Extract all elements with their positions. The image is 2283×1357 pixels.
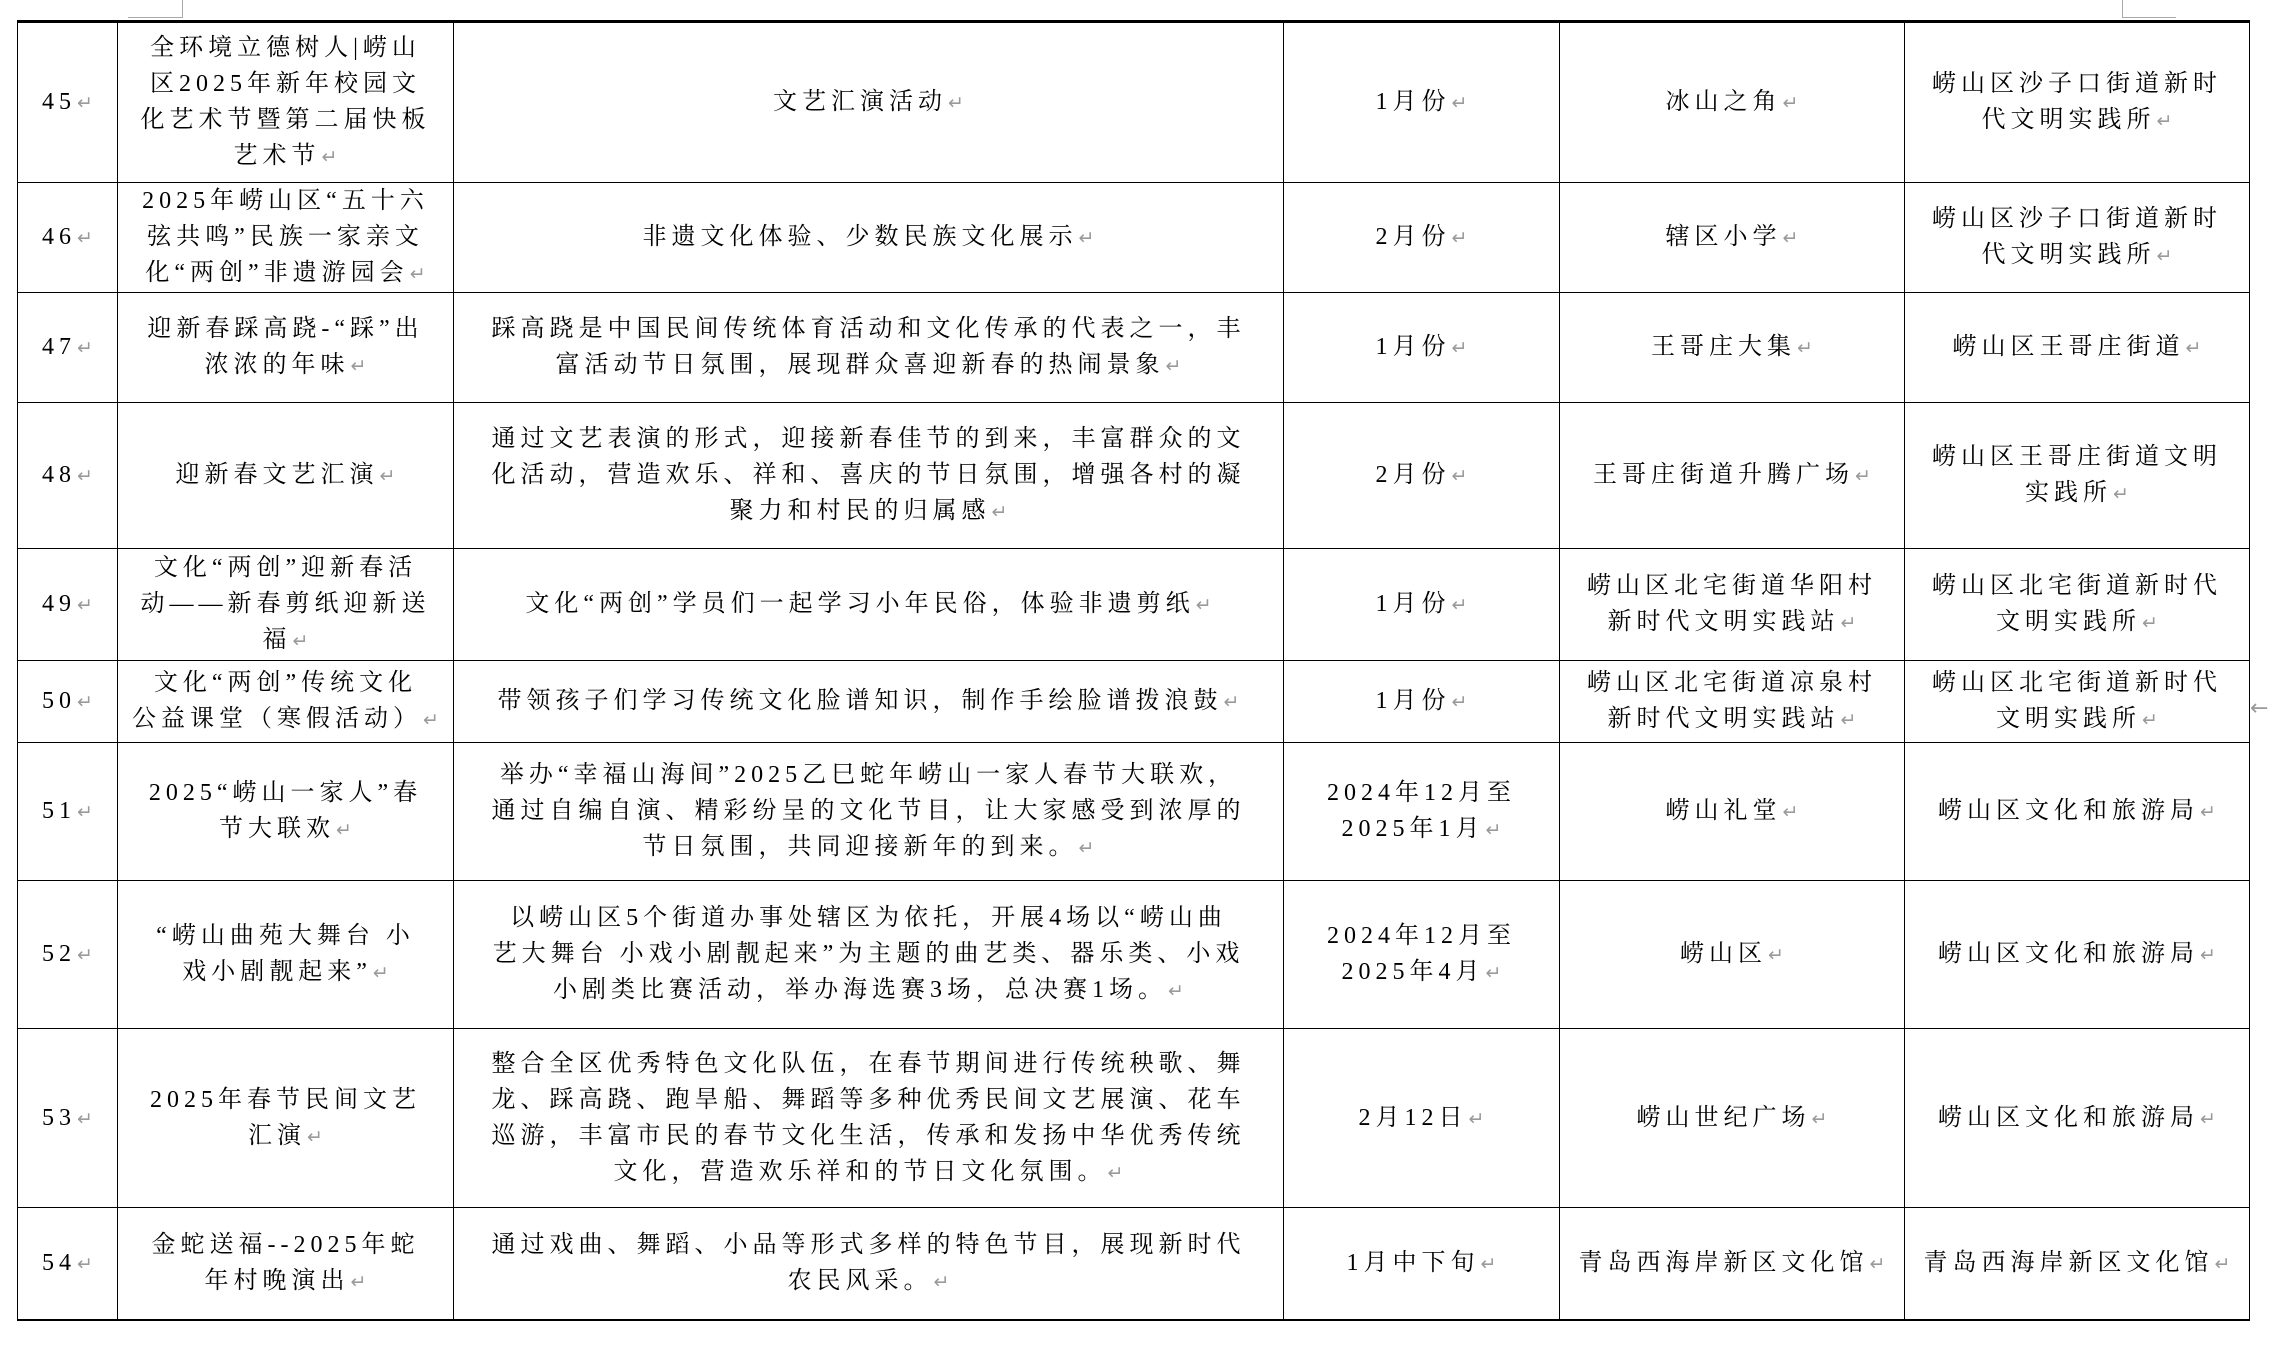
table-row: 54 金蛇送福--2025年蛇 年村晚演出 通过戏曲、舞蹈、小品等形式多样的特色… [18, 1208, 2250, 1320]
activity-place: 崂山世纪广场 [1637, 1105, 1828, 1131]
activity-time: 1月份 [1376, 89, 1468, 115]
activity-name: 金蛇送福--2025年蛇 年村晚演出 [152, 1232, 420, 1294]
crop-mark-top-right-horizontal [2122, 17, 2176, 18]
row-number: 54 [42, 1250, 93, 1276]
organizer: 崂山区沙子口街道新时 代文明实践所 [1932, 206, 2222, 268]
table-row: 46 2025年崂山区“五十六 弦共鸣”民族一家亲文 化“两创”非遗游园会 非遗… [18, 183, 2250, 293]
table-row: 52 “崂山曲苑大舞台 小 戏小剧靓起来” 以崂山区5个街道办事处辖区为依托，开… [18, 881, 2250, 1029]
cell-number[interactable]: 54 [18, 1208, 118, 1320]
activity-name: “崂山曲苑大舞台 小 戏小剧靓起来” [156, 923, 415, 985]
activity-name: 2025年崂山区“五十六 弦共鸣”民族一家亲文 化“两创”非遗游园会 [142, 188, 429, 286]
organizer: 崂山区王哥庄街道 [1953, 334, 2202, 360]
activity-place: 崂山礼堂 [1666, 798, 1799, 824]
cell-activity-time[interactable]: 1月份 [1284, 22, 1560, 183]
cell-number[interactable]: 49 [18, 549, 118, 661]
activity-place: 崂山区 [1680, 941, 1784, 967]
activity-content: 文化“两创”学员们一起学习小年民俗，体验非遗剪纸 [525, 591, 1211, 617]
cell-activity-place[interactable]: 崂山区 [1560, 881, 1905, 1029]
organizer: 崂山区沙子口街道新时 代文明实践所 [1932, 71, 2222, 133]
crop-mark-top-left-horizontal [128, 17, 182, 18]
activity-content: 通过文艺表演的形式，迎接新春佳节的到来，丰富群众的文 化活动，营造欢乐、祥和、喜… [492, 426, 1246, 524]
cell-activity-name[interactable]: 金蛇送福--2025年蛇 年村晚演出 [118, 1208, 454, 1320]
activity-content: 举办“幸福山海间”2025乙巳蛇年崂山一家人春节大联欢， 通过自编自演、精彩纷呈… [492, 762, 1246, 860]
activity-time: 2月份 [1376, 462, 1468, 488]
activity-time: 2024年12月至 2025年4月 [1327, 923, 1516, 985]
row-number: 48 [42, 462, 93, 488]
cell-activity-content[interactable]: 整合全区优秀特色文化队伍，在春节期间进行传统秧歌、舞 龙、踩高跷、跑旱船、舞蹈等… [454, 1029, 1284, 1208]
cell-organizer[interactable]: 崂山区文化和旅游局 [1905, 881, 2250, 1029]
activity-content: 踩高跷是中国民间传统体育活动和文化传承的代表之一，丰 富活动节日氛围，展现群众喜… [492, 316, 1246, 378]
activity-content: 带领孩子们学习传统文化脸谱知识，制作手绘脸谱拨浪鼓 [498, 688, 1240, 714]
cell-number[interactable]: 53 [18, 1029, 118, 1208]
activity-time: 2024年12月至 2025年1月 [1327, 780, 1516, 842]
cell-organizer[interactable]: 崂山区北宅街道新时代 文明实践所 [1905, 661, 2250, 743]
activity-place: 辖区小学 [1666, 224, 1799, 250]
cell-activity-place[interactable]: 王哥庄街道升腾广场 [1560, 403, 1905, 549]
cell-activity-name[interactable]: 2025年崂山区“五十六 弦共鸣”民族一家亲文 化“两创”非遗游园会 [118, 183, 454, 293]
activity-place: 崂山区北宅街道凉泉村 新时代文明实践站 [1587, 670, 1877, 732]
table-row: 53 2025年春节民间文艺 汇演 整合全区优秀特色文化队伍，在春节期间进行传统… [18, 1029, 2250, 1208]
cell-activity-name[interactable]: 迎新春文艺汇演 [118, 403, 454, 549]
cell-number[interactable]: 48 [18, 403, 118, 549]
table-row: 49 文化“两创”迎新春活 动——新春剪纸迎新送 福 文化“两创”学员们一起学习… [18, 549, 2250, 661]
cell-activity-time[interactable]: 1月份 [1284, 549, 1560, 661]
table-row: 45 全环境立德树人|崂山 区2025年新年校园文 化艺术节暨第二届快板 艺术节… [18, 22, 2250, 183]
cell-activity-place[interactable]: 王哥庄大集 [1560, 293, 1905, 403]
cell-activity-content[interactable]: 举办“幸福山海间”2025乙巳蛇年崂山一家人春节大联欢， 通过自编自演、精彩纷呈… [454, 743, 1284, 881]
activity-content: 文艺汇演活动 [773, 89, 964, 115]
activity-place: 崂山区北宅街道华阳村 新时代文明实践站 [1587, 573, 1877, 635]
activity-time: 1月份 [1376, 591, 1468, 617]
cell-organizer[interactable]: 崂山区王哥庄街道 [1905, 293, 2250, 403]
cell-activity-name[interactable]: 2025年春节民间文艺 汇演 [118, 1029, 454, 1208]
cell-activity-name[interactable]: 2025“崂山一家人”春 节大联欢 [118, 743, 454, 881]
organizer: 崂山区文化和旅游局 [1938, 941, 2216, 967]
activity-table: 45 全环境立德树人|崂山 区2025年新年校园文 化艺术节暨第二届快板 艺术节… [17, 20, 2250, 1321]
cell-activity-time[interactable]: 2024年12月至 2025年1月 [1284, 743, 1560, 881]
cell-organizer[interactable]: 崂山区文化和旅游局 [1905, 1029, 2250, 1208]
organizer: 崂山区王哥庄街道文明 实践所 [1932, 444, 2222, 506]
cell-organizer[interactable]: 崂山区沙子口街道新时 代文明实践所 [1905, 22, 2250, 183]
cell-activity-name[interactable]: 全环境立德树人|崂山 区2025年新年校园文 化艺术节暨第二届快板 艺术节 [118, 22, 454, 183]
cell-activity-place[interactable]: 崂山世纪广场 [1560, 1029, 1905, 1208]
cell-activity-name[interactable]: “崂山曲苑大舞台 小 戏小剧靓起来” [118, 881, 454, 1029]
activity-time: 2月12日 [1359, 1105, 1485, 1131]
row-number: 53 [42, 1105, 93, 1131]
row-number: 50 [42, 688, 93, 714]
cell-number[interactable]: 51 [18, 743, 118, 881]
table-row: 51 2025“崂山一家人”春 节大联欢 举办“幸福山海间”2025乙巳蛇年崂山… [18, 743, 2250, 881]
cell-activity-time[interactable]: 2024年12月至 2025年4月 [1284, 881, 1560, 1029]
cell-activity-name[interactable]: 文化“两创”传统文化 公益课堂（寒假活动） [118, 661, 454, 743]
row-number: 47 [42, 334, 93, 360]
cell-number[interactable]: 50 [18, 661, 118, 743]
cell-activity-time[interactable]: 2月12日 [1284, 1029, 1560, 1208]
table-row: 47 迎新春踩高跷-“踩”出 浓浓的年味 踩高跷是中国民间传统体育活动和文化传承… [18, 293, 2250, 403]
cell-activity-place[interactable]: 青岛西海岸新区文化馆 [1560, 1208, 1905, 1320]
activity-time: 1月份 [1376, 688, 1468, 714]
cell-organizer[interactable]: 青岛西海岸新区文化馆 [1905, 1208, 2250, 1320]
table-row: 50 文化“两创”传统文化 公益课堂（寒假活动） 带领孩子们学习传统文化脸谱知识… [18, 661, 2250, 743]
activity-place: 冰山之角 [1666, 89, 1799, 115]
cell-activity-name[interactable]: 文化“两创”迎新春活 动——新春剪纸迎新送 福 [118, 549, 454, 661]
cell-organizer[interactable]: 崂山区王哥庄街道文明 实践所 [1905, 403, 2250, 549]
activity-name: 文化“两创”传统文化 公益课堂（寒假活动） [132, 670, 439, 732]
activity-time: 2月份 [1376, 224, 1468, 250]
organizer: 崂山区文化和旅游局 [1938, 798, 2216, 824]
row-number: 49 [42, 591, 93, 617]
organizer: 青岛西海岸新区文化馆 [1924, 1250, 2231, 1276]
activity-name: 全环境立德树人|崂山 区2025年新年校园文 化艺术节暨第二届快板 艺术节 [141, 35, 431, 169]
cell-activity-place[interactable]: 冰山之角 [1560, 22, 1905, 183]
cell-activity-content[interactable]: 带领孩子们学习传统文化脸谱知识，制作手绘脸谱拨浪鼓 [454, 661, 1284, 743]
cell-activity-content[interactable]: 以崂山区5个街道办事处辖区为依托，开展4场以“崂山曲 艺大舞台 小戏小剧靓起来”… [454, 881, 1284, 1029]
cell-activity-place[interactable]: 崂山区北宅街道华阳村 新时代文明实践站 [1560, 549, 1905, 661]
activity-name: 迎新春文艺汇演 [176, 462, 396, 488]
cell-activity-time[interactable]: 2月份 [1284, 183, 1560, 293]
organizer: 崂山区文化和旅游局 [1938, 1105, 2216, 1131]
activity-place: 王哥庄街道升腾广场 [1593, 462, 1871, 488]
cell-number[interactable]: 45 [18, 22, 118, 183]
cell-number[interactable]: 47 [18, 293, 118, 403]
cell-organizer[interactable]: 崂山区文化和旅游局 [1905, 743, 2250, 881]
activity-content: 通过戏曲、舞蹈、小品等形式多样的特色节目，展现新时代 农民风采。 [492, 1232, 1246, 1294]
row-number: 52 [42, 941, 93, 967]
row-number: 51 [42, 798, 93, 824]
activity-content: 非遗文化体验、少数民族文化展示 [643, 224, 1095, 250]
crop-mark-top-left-vertical [182, 0, 183, 18]
activity-time: 1月中下旬 [1347, 1250, 1497, 1276]
activity-name: 文化“两创”迎新春活 动——新春剪纸迎新送 福 [141, 555, 431, 653]
activity-time: 1月份 [1376, 334, 1468, 360]
cell-activity-content[interactable]: 文化“两创”学员们一起学习小年民俗，体验非遗剪纸 [454, 549, 1284, 661]
cell-activity-content[interactable]: 通过文艺表演的形式，迎接新春佳节的到来，丰富群众的文 化活动，营造欢乐、祥和、喜… [454, 403, 1284, 549]
activity-place: 青岛西海岸新区文化馆 [1579, 1250, 1886, 1276]
cell-activity-content[interactable]: 通过戏曲、舞蹈、小品等形式多样的特色节目，展现新时代 农民风采。 [454, 1208, 1284, 1320]
organizer: 崂山区北宅街道新时代 文明实践所 [1932, 573, 2222, 635]
cell-activity-time[interactable]: 2月份 [1284, 403, 1560, 549]
cell-activity-time[interactable]: 1月份 [1284, 293, 1560, 403]
cell-activity-time[interactable]: 1月中下旬 [1284, 1208, 1560, 1320]
activity-content: 以崂山区5个街道办事处辖区为依托，开展4场以“崂山曲 艺大舞台 小戏小剧靓起来”… [493, 905, 1245, 1003]
cell-activity-place[interactable]: 崂山礼堂 [1560, 743, 1905, 881]
activity-name: 迎新春踩高跷-“踩”出 浓浓的年味 [147, 316, 423, 378]
cell-activity-time[interactable]: 1月份 [1284, 661, 1560, 743]
cell-number[interactable]: 52 [18, 881, 118, 1029]
organizer: 崂山区北宅街道新时代 文明实践所 [1932, 670, 2222, 732]
cell-activity-content[interactable]: 文艺汇演活动 [454, 22, 1284, 183]
cell-organizer[interactable]: 崂山区沙子口街道新时 代文明实践所 [1905, 183, 2250, 293]
cell-activity-place[interactable]: 辖区小学 [1560, 183, 1905, 293]
activity-place: 王哥庄大集 [1651, 334, 1813, 360]
cell-activity-place[interactable]: 崂山区北宅街道凉泉村 新时代文明实践站 [1560, 661, 1905, 743]
cell-activity-content[interactable]: 非遗文化体验、少数民族文化展示 [454, 183, 1284, 293]
row-number: 46 [42, 224, 93, 250]
activity-name: 2025年春节民间文艺 汇演 [150, 1087, 421, 1149]
activity-name: 2025“崂山一家人”春 节大联欢 [149, 780, 422, 842]
row-end-marker-icon: ← [2250, 694, 2268, 724]
row-number: 45 [42, 89, 93, 115]
table-row: 48 迎新春文艺汇演 通过文艺表演的形式，迎接新春佳节的到来，丰富群众的文 化活… [18, 403, 2250, 549]
cell-number[interactable]: 46 [18, 183, 118, 293]
cell-activity-content[interactable]: 踩高跷是中国民间传统体育活动和文化传承的代表之一，丰 富活动节日氛围，展现群众喜… [454, 293, 1284, 403]
cell-activity-name[interactable]: 迎新春踩高跷-“踩”出 浓浓的年味 [118, 293, 454, 403]
activity-content: 整合全区优秀特色文化队伍，在春节期间进行传统秧歌、舞 龙、踩高跷、跑旱船、舞蹈等… [492, 1051, 1246, 1185]
crop-mark-top-right-vertical [2122, 0, 2123, 18]
cell-organizer[interactable]: 崂山区北宅街道新时代 文明实践所 [1905, 549, 2250, 661]
